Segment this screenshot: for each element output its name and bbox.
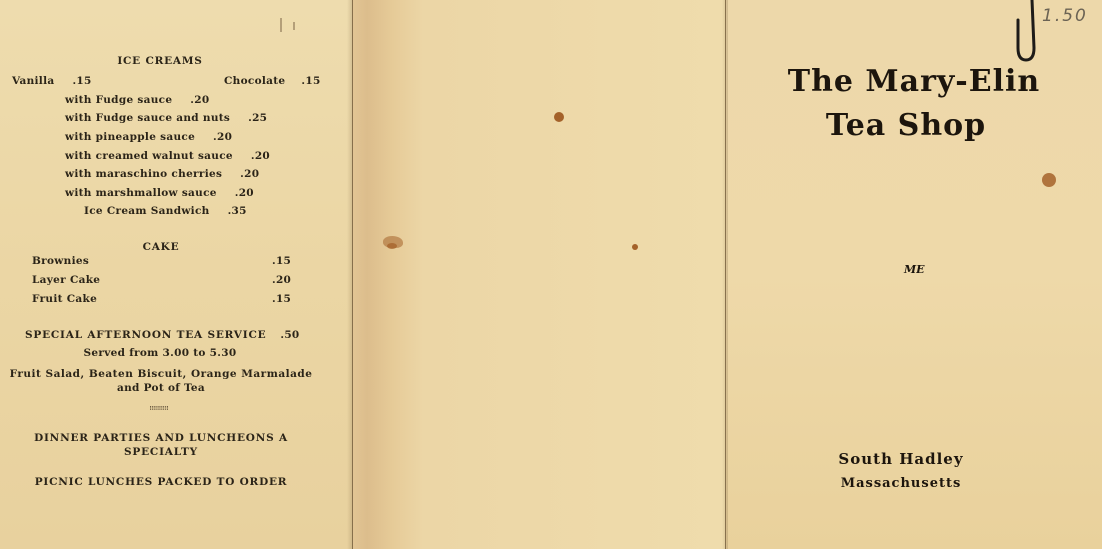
cover-location-town: South Hadley xyxy=(726,450,1076,468)
menu-item-name: with marshmallow sauce xyxy=(65,187,217,199)
stain-spot xyxy=(632,244,638,250)
menu-item: with maraschino cherries .20 xyxy=(65,168,259,180)
menu-item-name: with maraschino cherries xyxy=(65,168,222,180)
tea-service-hours: Served from 3.00 to 5.30 xyxy=(0,347,320,359)
tea-service-title: SPECIAL AFTERNOON TEA SERVICE .50 xyxy=(25,329,300,341)
menu-item-price: .20 xyxy=(251,150,270,162)
menu-item: with pineapple sauce .20 xyxy=(65,131,232,143)
menu-panel-middle xyxy=(352,0,726,549)
menu-item-price: .20 xyxy=(240,168,259,180)
cake-heading: CAKE xyxy=(0,241,322,253)
paperclip-icon xyxy=(1012,0,1042,66)
menu-item-vanilla: Vanilla .15 xyxy=(12,75,92,87)
menu-item-name: Ice Cream Sandwich xyxy=(84,205,210,217)
notice-picnic-lunches: PICNIC LUNCHES PACKED TO ORDER xyxy=(0,476,322,488)
menu-item-name: with Fudge sauce xyxy=(65,94,172,106)
ornamental-divider: ⁝⁝⁝⁝⁝⁝⁝⁝⁝⁝ xyxy=(0,405,318,412)
menu-item-chocolate: Chocolate .15 xyxy=(224,75,321,87)
tea-service-price: .50 xyxy=(280,329,299,341)
menu-item-price: .20 xyxy=(213,131,232,143)
menu-panel-left: ICE CREAMS Vanilla .15 Chocolate .15 wit… xyxy=(0,0,352,549)
menu-panel-cover: The Mary-Elin Tea Shop ME South Hadley M… xyxy=(726,0,1102,549)
menu-item: with Fudge sauce .20 xyxy=(65,94,209,106)
scratch-mark xyxy=(280,18,282,32)
cover-location-state: Massachusetts xyxy=(726,476,1076,491)
menu-item-name: with Fudge sauce and nuts xyxy=(65,112,230,124)
menu-item: with creamed walnut sauce .20 xyxy=(65,150,270,162)
tea-service-name: SPECIAL AFTERNOON TEA SERVICE xyxy=(25,329,266,341)
menu-item-price: .20 xyxy=(272,274,291,286)
scratch-mark xyxy=(293,22,295,30)
menu-item-price: .25 xyxy=(248,112,267,124)
menu-item-name: Layer Cake xyxy=(32,274,100,286)
menu-item-name: Brownies xyxy=(32,255,89,267)
menu-item-price: .15 xyxy=(301,75,320,87)
fold-line xyxy=(347,0,353,549)
menu-item-name: Vanilla xyxy=(12,75,55,87)
monogram-icon: ME xyxy=(904,263,925,276)
menu-item-name: Chocolate xyxy=(224,75,285,87)
menu-item-price: .20 xyxy=(235,187,254,199)
menu-item-name: with creamed walnut sauce xyxy=(65,150,233,162)
tea-service-description: Fruit Salad, Beaten Biscuit, Orange Marm… xyxy=(0,368,322,380)
cover-title-line2: Tea Shop xyxy=(726,108,1086,143)
fold-line xyxy=(722,0,728,549)
handwritten-price: 1.50 xyxy=(1042,6,1088,26)
notice-dinner-parties: DINNER PARTIES AND LUNCHEONS A xyxy=(0,432,322,444)
menu-item-price: .15 xyxy=(72,75,91,87)
menu-item-price: .20 xyxy=(190,94,209,106)
menu-item: Ice Cream Sandwich .35 xyxy=(84,205,247,217)
menu-item-price: .15 xyxy=(272,255,291,267)
menu-item-name: Fruit Cake xyxy=(32,293,97,305)
stain-spot xyxy=(554,112,564,122)
cover-title-line1: The Mary-Elin xyxy=(726,64,1102,99)
menu-item: with marshmallow sauce .20 xyxy=(65,187,254,199)
tea-service-description-cont: and Pot of Tea xyxy=(0,382,322,394)
menu-item: with Fudge sauce and nuts .25 xyxy=(65,112,267,124)
stain-blotch xyxy=(387,243,397,249)
menu-item-name: with pineapple sauce xyxy=(65,131,195,143)
stain-spot xyxy=(1042,173,1056,187)
menu-item-price: .15 xyxy=(272,293,291,305)
ice-creams-heading: ICE CREAMS xyxy=(0,55,320,67)
notice-dinner-parties-cont: SPECIALTY xyxy=(0,446,322,458)
menu-item-price: .35 xyxy=(228,205,247,217)
